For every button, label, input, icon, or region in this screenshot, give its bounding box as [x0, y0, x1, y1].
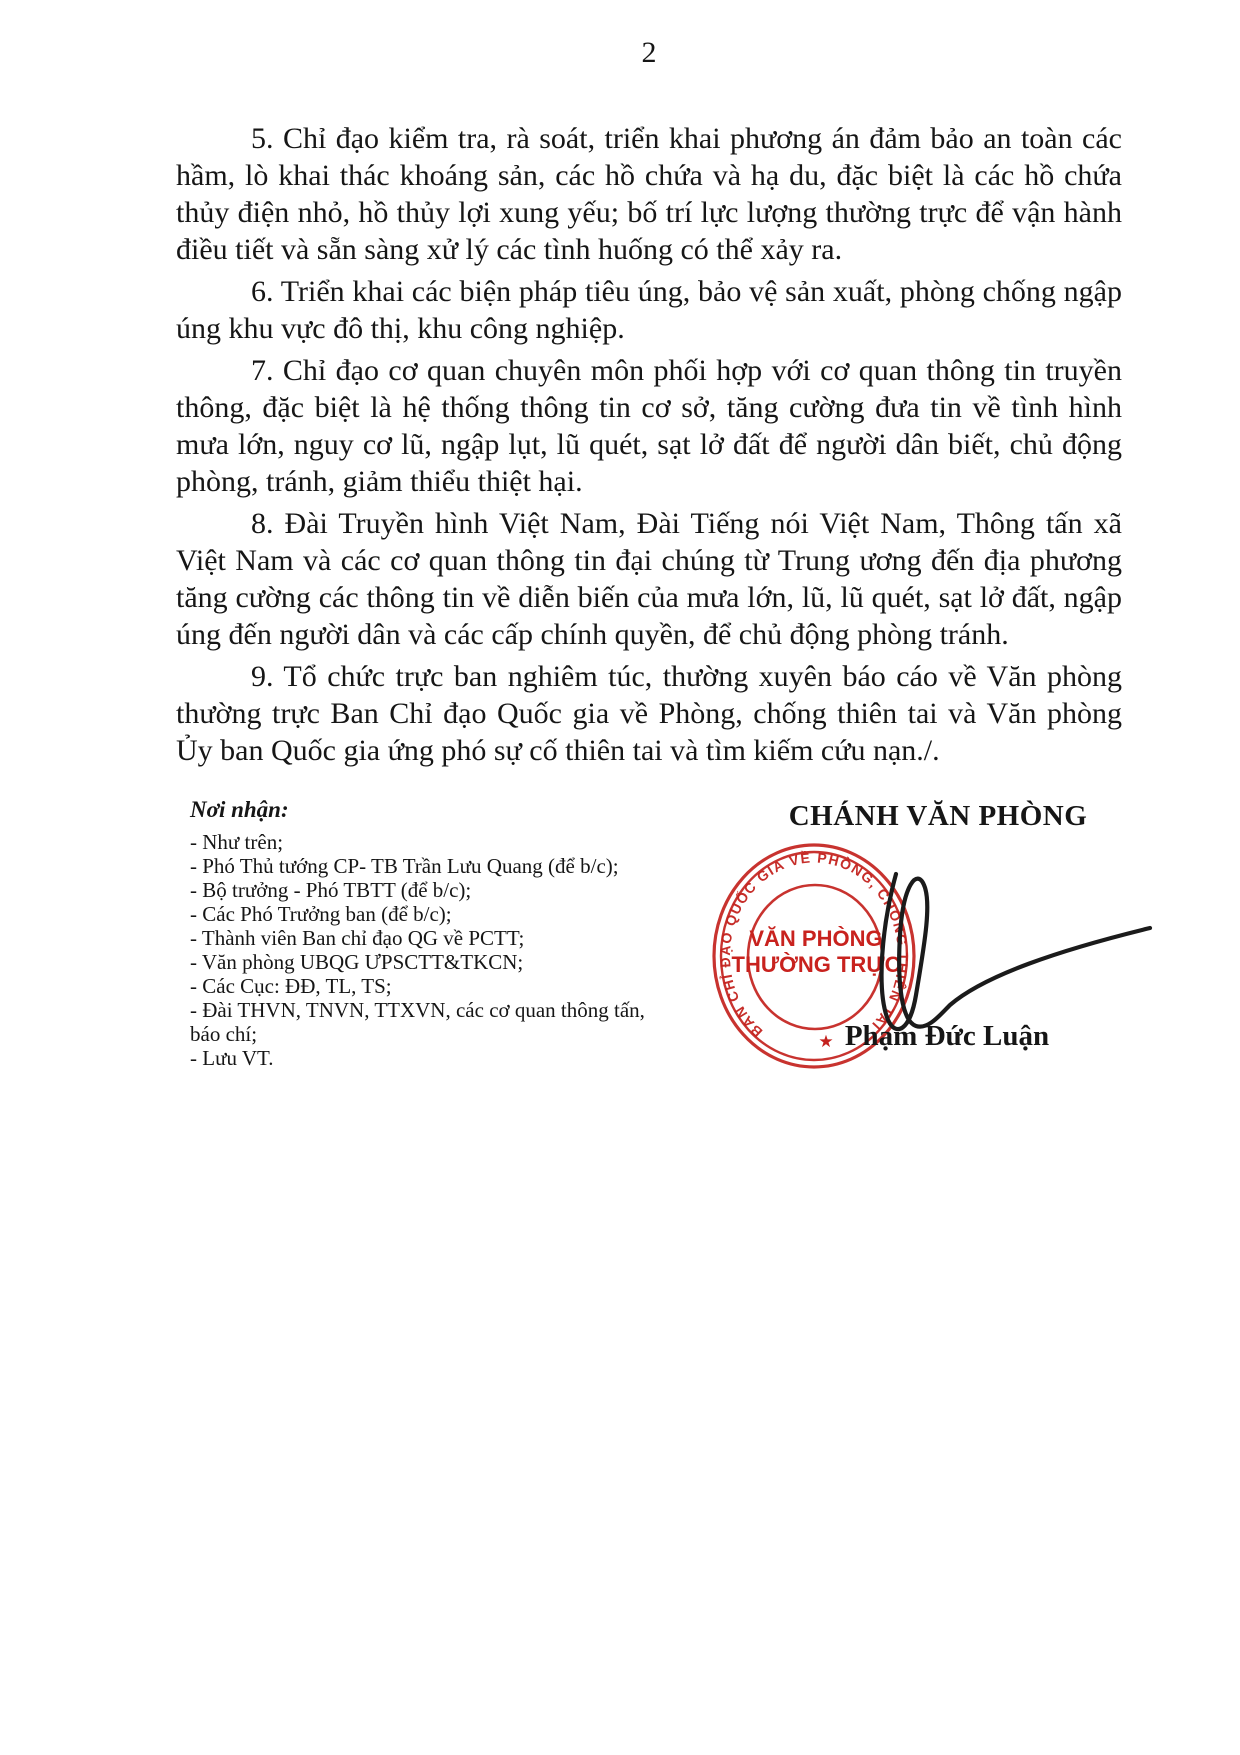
recipient-item: - Các Cục: ĐĐ, TL, TS; — [190, 974, 676, 998]
recipients-label: Nơi nhận: — [190, 797, 676, 823]
recipient-item: - Phó Thủ tướng CP- TB Trần Lưu Quang (đ… — [190, 854, 676, 878]
recipient-item: - Các Phó Trưởng ban (để b/c); — [190, 902, 676, 926]
paragraph-8: 8. Đài Truyền hình Việt Nam, Đài Tiếng n… — [176, 505, 1122, 653]
signer-name: Phạm Đức Luận — [800, 1020, 1094, 1053]
recipient-item: - Lưu VT. — [190, 1046, 676, 1070]
paragraph-6: 6. Triển khai các biện pháp tiêu úng, bả… — [176, 273, 1122, 347]
paragraph-7: 7. Chỉ đạo cơ quan chuyên môn phối hợp v… — [176, 352, 1122, 500]
recipient-item: - Đài THVN, TNVN, TTXVN, các cơ quan thô… — [190, 998, 676, 1046]
page-number: 2 — [176, 36, 1122, 70]
paragraph-9: 9. Tổ chức trực ban nghiêm túc, thường x… — [176, 658, 1122, 769]
signature-stroke-icon — [858, 853, 1163, 1043]
recipient-item: - Như trên; — [190, 830, 676, 854]
recipients-block: Nơi nhận: - Như trên; - Phó Thủ tướng CP… — [190, 797, 676, 1070]
document-body: 5. Chỉ đạo kiểm tra, rà soát, triển khai… — [176, 120, 1122, 774]
recipient-item: - Thành viên Ban chỉ đạo QG về PCTT; — [190, 926, 676, 950]
recipient-item: - Bộ trưởng - Phó TBTT (để b/c); — [190, 878, 676, 902]
signature-path — [882, 874, 1150, 1029]
office-title: CHÁNH VĂN PHÒNG — [770, 800, 1106, 833]
document-page: 2 5. Chỉ đạo kiểm tra, rà soát, triển kh… — [0, 0, 1240, 1755]
recipient-item: - Văn phòng UBQG ƯPSCTT&TKCN; — [190, 950, 676, 974]
paragraph-5: 5. Chỉ đạo kiểm tra, rà soát, triển khai… — [176, 120, 1122, 268]
